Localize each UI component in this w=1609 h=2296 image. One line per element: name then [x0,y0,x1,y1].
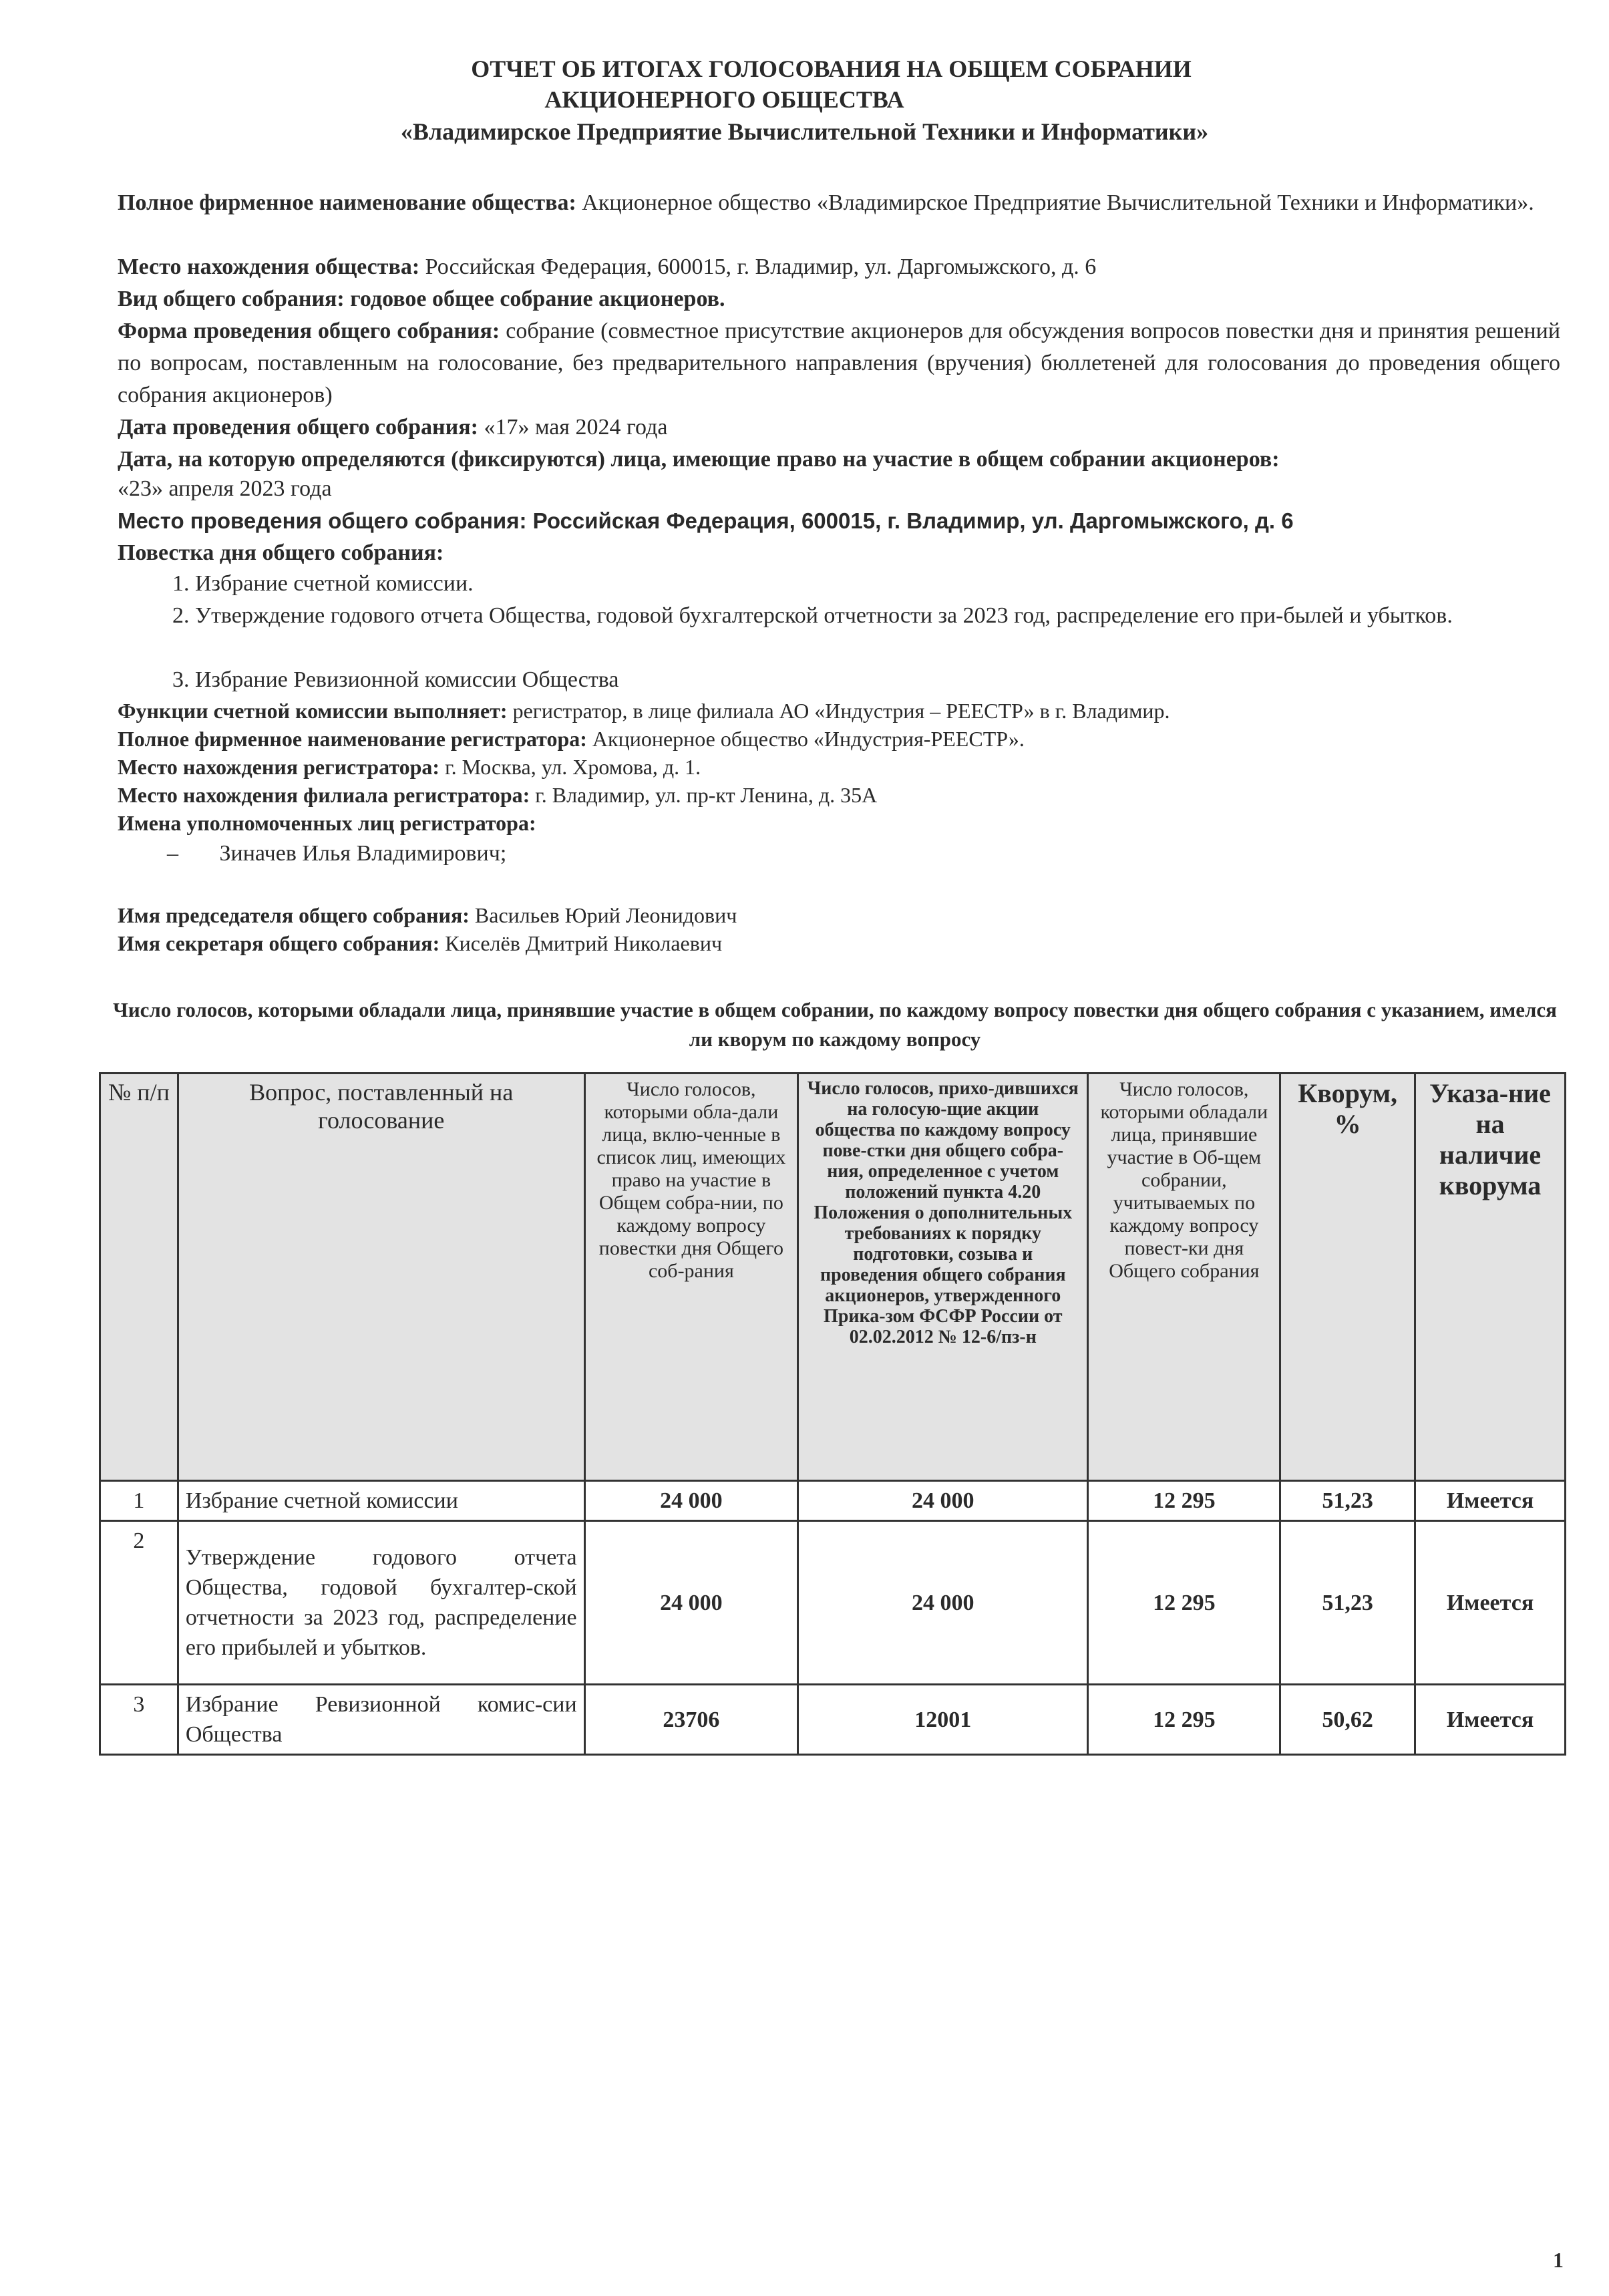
report-title-company: «Владимирское Предприятие Вычислительной… [0,118,1609,146]
field-counting-commission: Функции счетной комиссии выполняет: реги… [118,695,1560,727]
field-label: Дата проведения общего собрания: [118,415,478,440]
field-label: Имя председателя общего собрания: [118,903,470,927]
cell-number: 2 [100,1521,178,1685]
field-location: Место нахождения общества: Российская Фе… [118,251,1560,283]
cell-votes-voting-shares: 24 000 [798,1521,1088,1685]
agenda-label: Повестка дня общего собрания: [118,537,1560,569]
cell-quorum-percent: 51,23 [1280,1521,1415,1685]
field-value: Российская Федерация, 600015, г. Владими… [533,508,1294,533]
header-quorum-percent: Кворум, % [1280,1074,1415,1481]
agenda-item-3: 3. Избрание Ревизионной комиссии Обществ… [172,664,1562,696]
bullet-dash: – [167,838,214,870]
cell-quorum-status: Имеется [1415,1685,1566,1755]
header-votes-participated: Число голосов, которыми обладали лица, п… [1088,1074,1280,1481]
cell-votes-listed: 24 000 [584,1521,797,1685]
header-number: № п/п [100,1074,178,1481]
cell-question: Избрание счетной комиссии [178,1481,584,1521]
field-label: Место нахождения филиала регистратора: [118,783,530,807]
cell-votes-listed: 23706 [584,1685,797,1755]
field-record-date-value: «23» апреля 2023 года [118,473,1560,505]
field-registrar-name: Полное фирменное наименование регистрато… [118,723,1560,755]
field-label: Имя секретаря общего собрания: [118,931,439,955]
cell-quorum-percent: 51,23 [1280,1481,1415,1521]
field-value: г. Москва, ул. Хромова, д. 1. [445,755,701,779]
cell-votes-participated: 12 295 [1088,1685,1280,1755]
field-meeting-type: Вид общего собрания: годовое общее собра… [118,283,1560,315]
cell-number: 1 [100,1481,178,1521]
field-label: Функции счетной комиссии выполняет: [118,699,508,723]
cell-quorum-status: Имеется [1415,1481,1566,1521]
field-label: Полное фирменное наименование регистрато… [118,727,587,751]
field-registrar-location: Место нахождения регистратора: г. Москва… [118,751,1560,783]
header-votes-listed: Число голосов, которыми обла-дали лица, … [584,1074,797,1481]
page-number: 1 [1553,2248,1564,2273]
field-value: Акционерное общество «Владимирское Предп… [582,190,1534,215]
cell-quorum-status: Имеется [1415,1521,1566,1685]
header-votes-voting-shares: Число голосов, прихо-дившихся на голосую… [798,1074,1088,1481]
field-chairman: Имя председателя общего собрания: Василь… [118,899,1560,931]
field-meeting-date: Дата проведения общего собрания: «17» ма… [118,412,1560,444]
field-value: годовое общее собрание акционеров. [350,287,725,311]
field-label: Вид общего собрания: [118,287,345,311]
field-label: Место нахождения регистратора: [118,755,439,779]
field-value: Акционерное общество «Индустрия-РЕЕСТР». [592,727,1025,751]
cell-votes-voting-shares: 24 000 [798,1481,1088,1521]
authorized-person-name: Зиначев Илья Владимирович; [220,841,507,866]
authorized-person-item: – Зиначев Илья Владимирович; [167,838,1609,870]
cell-question: Избрание Ревизионной комис-сии Общества [178,1685,584,1755]
cell-quorum-percent: 50,62 [1280,1685,1415,1755]
table-caption: Число голосов, которыми обладали лица, п… [100,995,1570,1054]
agenda-item-2: 2. Утверждение годового отчета Общества,… [172,600,1562,632]
voting-results-table: № п/п Вопрос, поставленный на голосовани… [99,1072,1566,1756]
table-row: 2 Утверждение годового отчета Общества, … [100,1521,1566,1685]
cell-votes-participated: 12 295 [1088,1481,1280,1521]
field-value: Российская Федерация, 600015, г. Владими… [425,255,1097,279]
field-value: Киселёв Дмитрий Николаевич [445,931,722,955]
field-value: Васильев Юрий Леонидович [475,903,737,927]
field-record-date-label: Дата, на которую определяются (фиксируют… [118,444,1560,476]
table-row: 3 Избрание Ревизионной комис-сии Обществ… [100,1685,1566,1755]
cell-question: Утверждение годового отчета Общества, го… [178,1521,584,1685]
table-header-row: № п/п Вопрос, поставленный на голосовани… [100,1074,1566,1481]
field-label: Место нахождения общества: [118,255,419,279]
field-label: Полное фирменное наименование общества: [118,190,576,215]
field-value: г. Владимир, ул. пр-кт Ленина, д. 35А [535,783,877,807]
field-branch-location: Место нахождения филиала регистратора: г… [118,779,1560,811]
cell-votes-participated: 12 295 [1088,1521,1280,1685]
cell-votes-listed: 24 000 [584,1481,797,1521]
field-meeting-place: Место проведения общего собрания: Россий… [118,505,1560,537]
report-title-line2: АКЦИОНЕРНОГО ОБЩЕСТВА [0,86,1529,114]
agenda-item-1: 1. Избрание счетной комиссии. [172,568,1562,600]
header-quorum-status: Указа-ние на наличие кворума [1415,1074,1566,1481]
cell-votes-voting-shares: 12001 [798,1685,1088,1755]
field-secretary: Имя секретаря общего собрания: Киселёв Д… [118,927,1560,959]
field-value: «17» мая 2024 года [484,415,667,440]
field-label: Форма проведения общего собрания: [118,319,500,343]
report-title-line1: ОТЧЕТ ОБ ИТОГАХ ГОЛОСОВАНИЯ НА ОБЩЕМ СОБ… [27,55,1609,83]
cell-number: 3 [100,1685,178,1755]
field-authorized-label: Имена уполномоченных лиц регистратора: [118,807,1560,839]
field-full-name: Полное фирменное наименование общества: … [118,187,1560,219]
table-row: 1 Избрание счетной комиссии 24 000 24 00… [100,1481,1566,1521]
field-value: регистратор, в лице филиала АО «Индустри… [513,699,1170,723]
field-label: Место проведения общего собрания: [118,508,526,533]
field-meeting-form: Форма проведения общего собрания: собран… [118,315,1560,412]
header-question: Вопрос, поставленный на голосование [178,1074,584,1481]
